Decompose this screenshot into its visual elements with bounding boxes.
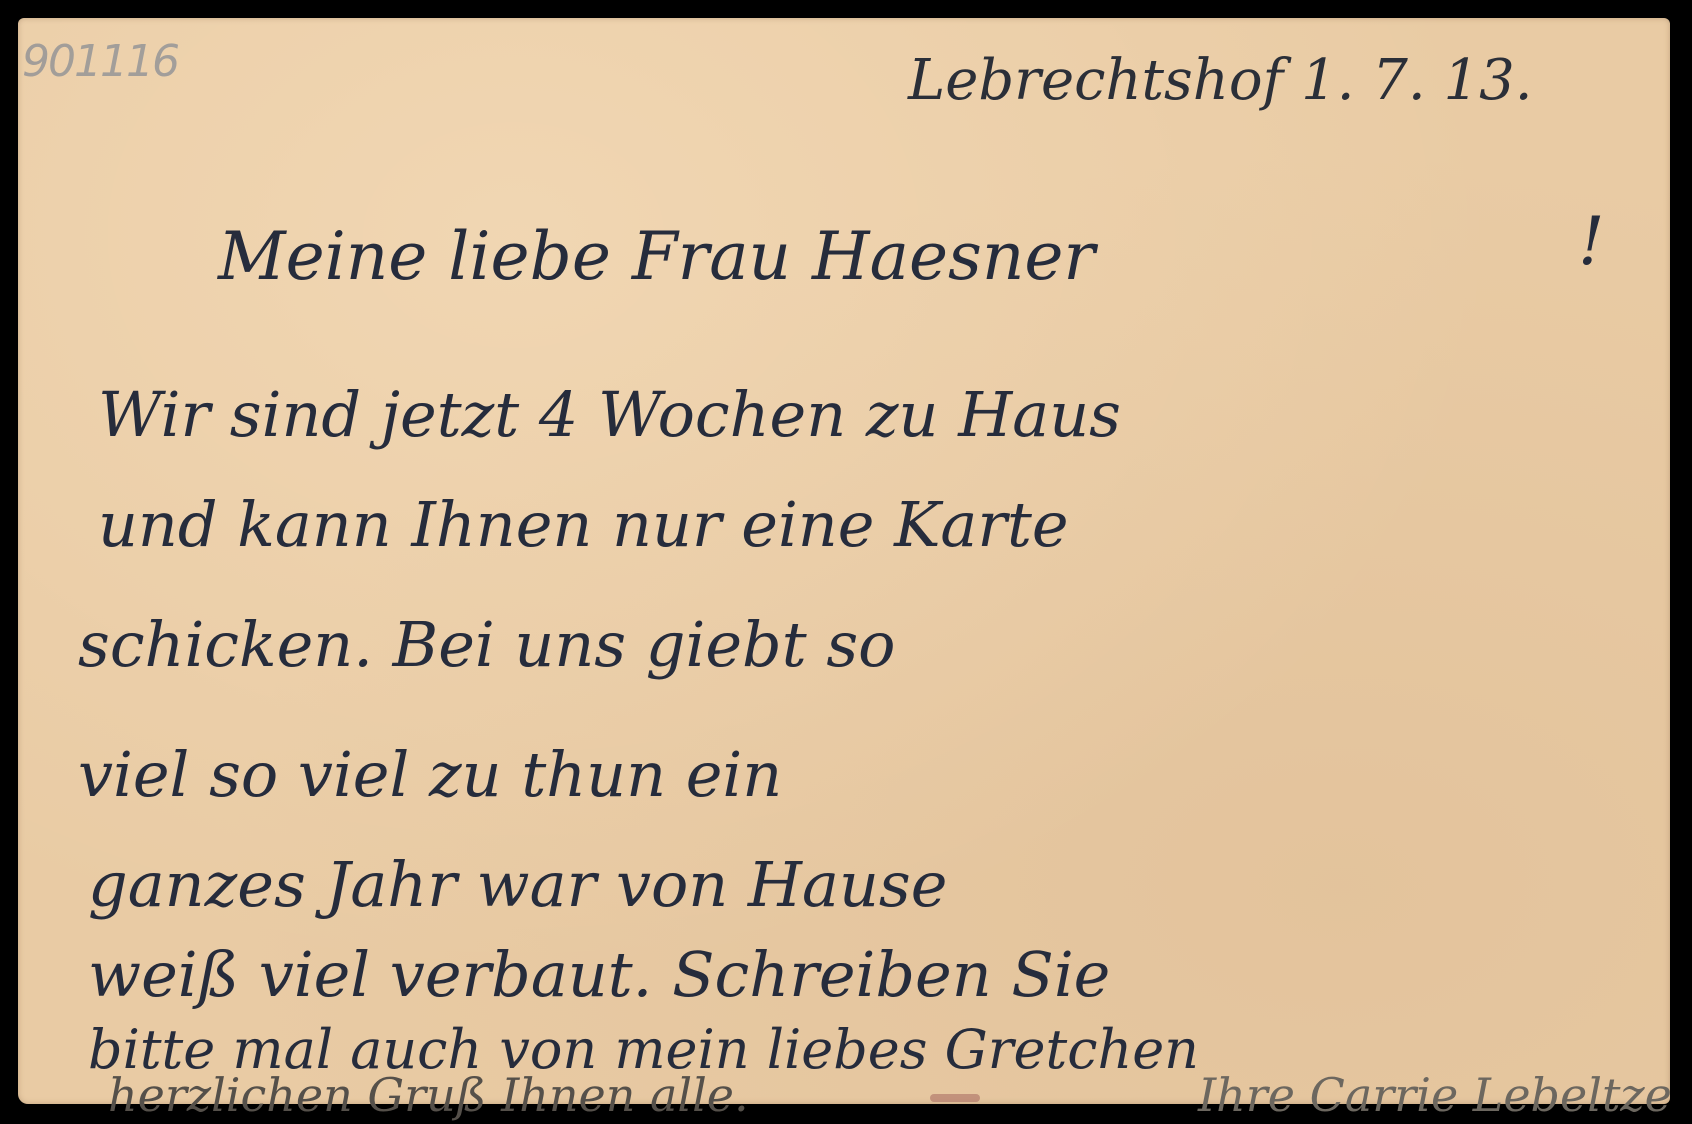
place-and-date: Lebrechtshof 1. 7. 13. — [908, 48, 1533, 113]
body-line: viel so viel zu thun ein — [78, 738, 782, 811]
paper-stain — [930, 1094, 980, 1102]
body-line: Wir sind jetzt 4 Wochen zu Haus — [98, 378, 1121, 451]
archive-number: 901116 — [22, 36, 178, 87]
body-line: und kann Ihnen nur eine Karte — [98, 488, 1069, 561]
body-line: weiß viel verbaut. Schreiben Sie — [88, 938, 1110, 1011]
salutation-exclamation: ! — [1578, 203, 1605, 280]
postcard: 901116 Lebrechtshof 1. 7. 13. Meine lieb… — [18, 18, 1670, 1104]
signature: Ihre Carrie Lebeltze — [1198, 1068, 1672, 1122]
salutation: Meine liebe Frau Haesner — [218, 218, 1095, 295]
body-line: schicken. Bei uns giebt so — [78, 608, 895, 681]
closing-line: herzlichen Gruß Ihnen alle. — [108, 1068, 749, 1122]
body-line: ganzes Jahr war von Hause — [88, 848, 947, 921]
